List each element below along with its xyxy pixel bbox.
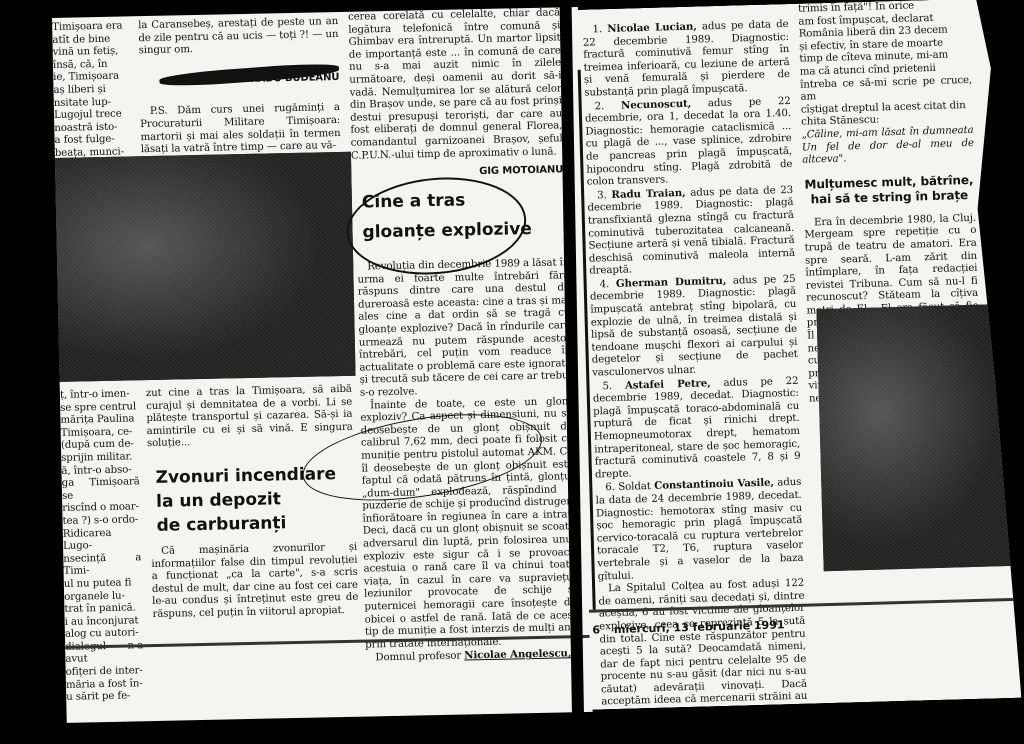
text-line: măria a fost în- — [66, 678, 144, 692]
column-fragment-bottom-left: ț, într-o imen-se spre centrulmărița Pau… — [60, 388, 145, 704]
article-text: cerea corelată cu celelalte, chiar dacă … — [348, 7, 563, 163]
text-line: ul nu putea fi — [64, 577, 142, 591]
text-line: tea ?) s-o ordo- — [62, 514, 140, 528]
column-ghimbav: cerea corelată cu celelalte, chiar dacă … — [348, 7, 564, 181]
text-line: Lugojul trece — [54, 109, 132, 123]
article-text: la Caransebeș, arestați de peste un an d… — [138, 16, 339, 58]
column-fragment-top-left: Timișoara eraatît de binevină un fetiș,î… — [52, 20, 133, 173]
text-line: ga Timișoară se — [62, 476, 141, 503]
text-line: Timișoara era — [52, 20, 130, 34]
article-zvonuri-incendiare: Că mașinăria zvonurilor și informațiilor… — [151, 542, 359, 622]
headline-multumesc: Mulțumesc mult, bătrîne, hai să te strin… — [803, 173, 976, 208]
headline-gloante-explozive: Cine a tras gloanțe explozive — [362, 184, 533, 248]
newspaper-page-right: 1. Nicolae Lucian, adus pe data de 22 de… — [572, 0, 1021, 710]
text-line: ț, într-o imen- — [60, 388, 138, 402]
photo-crowd-car — [55, 152, 356, 382]
postscript: P.S. Dăm curs unei rugăminți a Procuratu… — [140, 102, 341, 157]
text-line: u sărit pe fe- — [66, 690, 144, 704]
text-line: ofițeri de inter- — [66, 665, 144, 679]
text-line: Ridicarea Lugo- — [63, 527, 142, 554]
headline-zvonuri-incendiare: Zvonuri incendiare la un depozit de carb… — [155, 462, 337, 538]
photo-soldiers — [816, 304, 1023, 571]
text-line: trat în panică. — [64, 602, 142, 616]
photo-caption-continuation: zut cine a tras la Timișoara, să aibă cu… — [146, 384, 353, 451]
column-caransebes: la Caransebeș, arestați de peste un an d… — [138, 16, 341, 157]
text-line: sprijin militar. — [61, 451, 139, 465]
text-line: nsecință a Timi- — [63, 552, 142, 579]
newspaper-page-left: Timișoara eraatît de binevină un fetiș,î… — [52, 7, 593, 723]
